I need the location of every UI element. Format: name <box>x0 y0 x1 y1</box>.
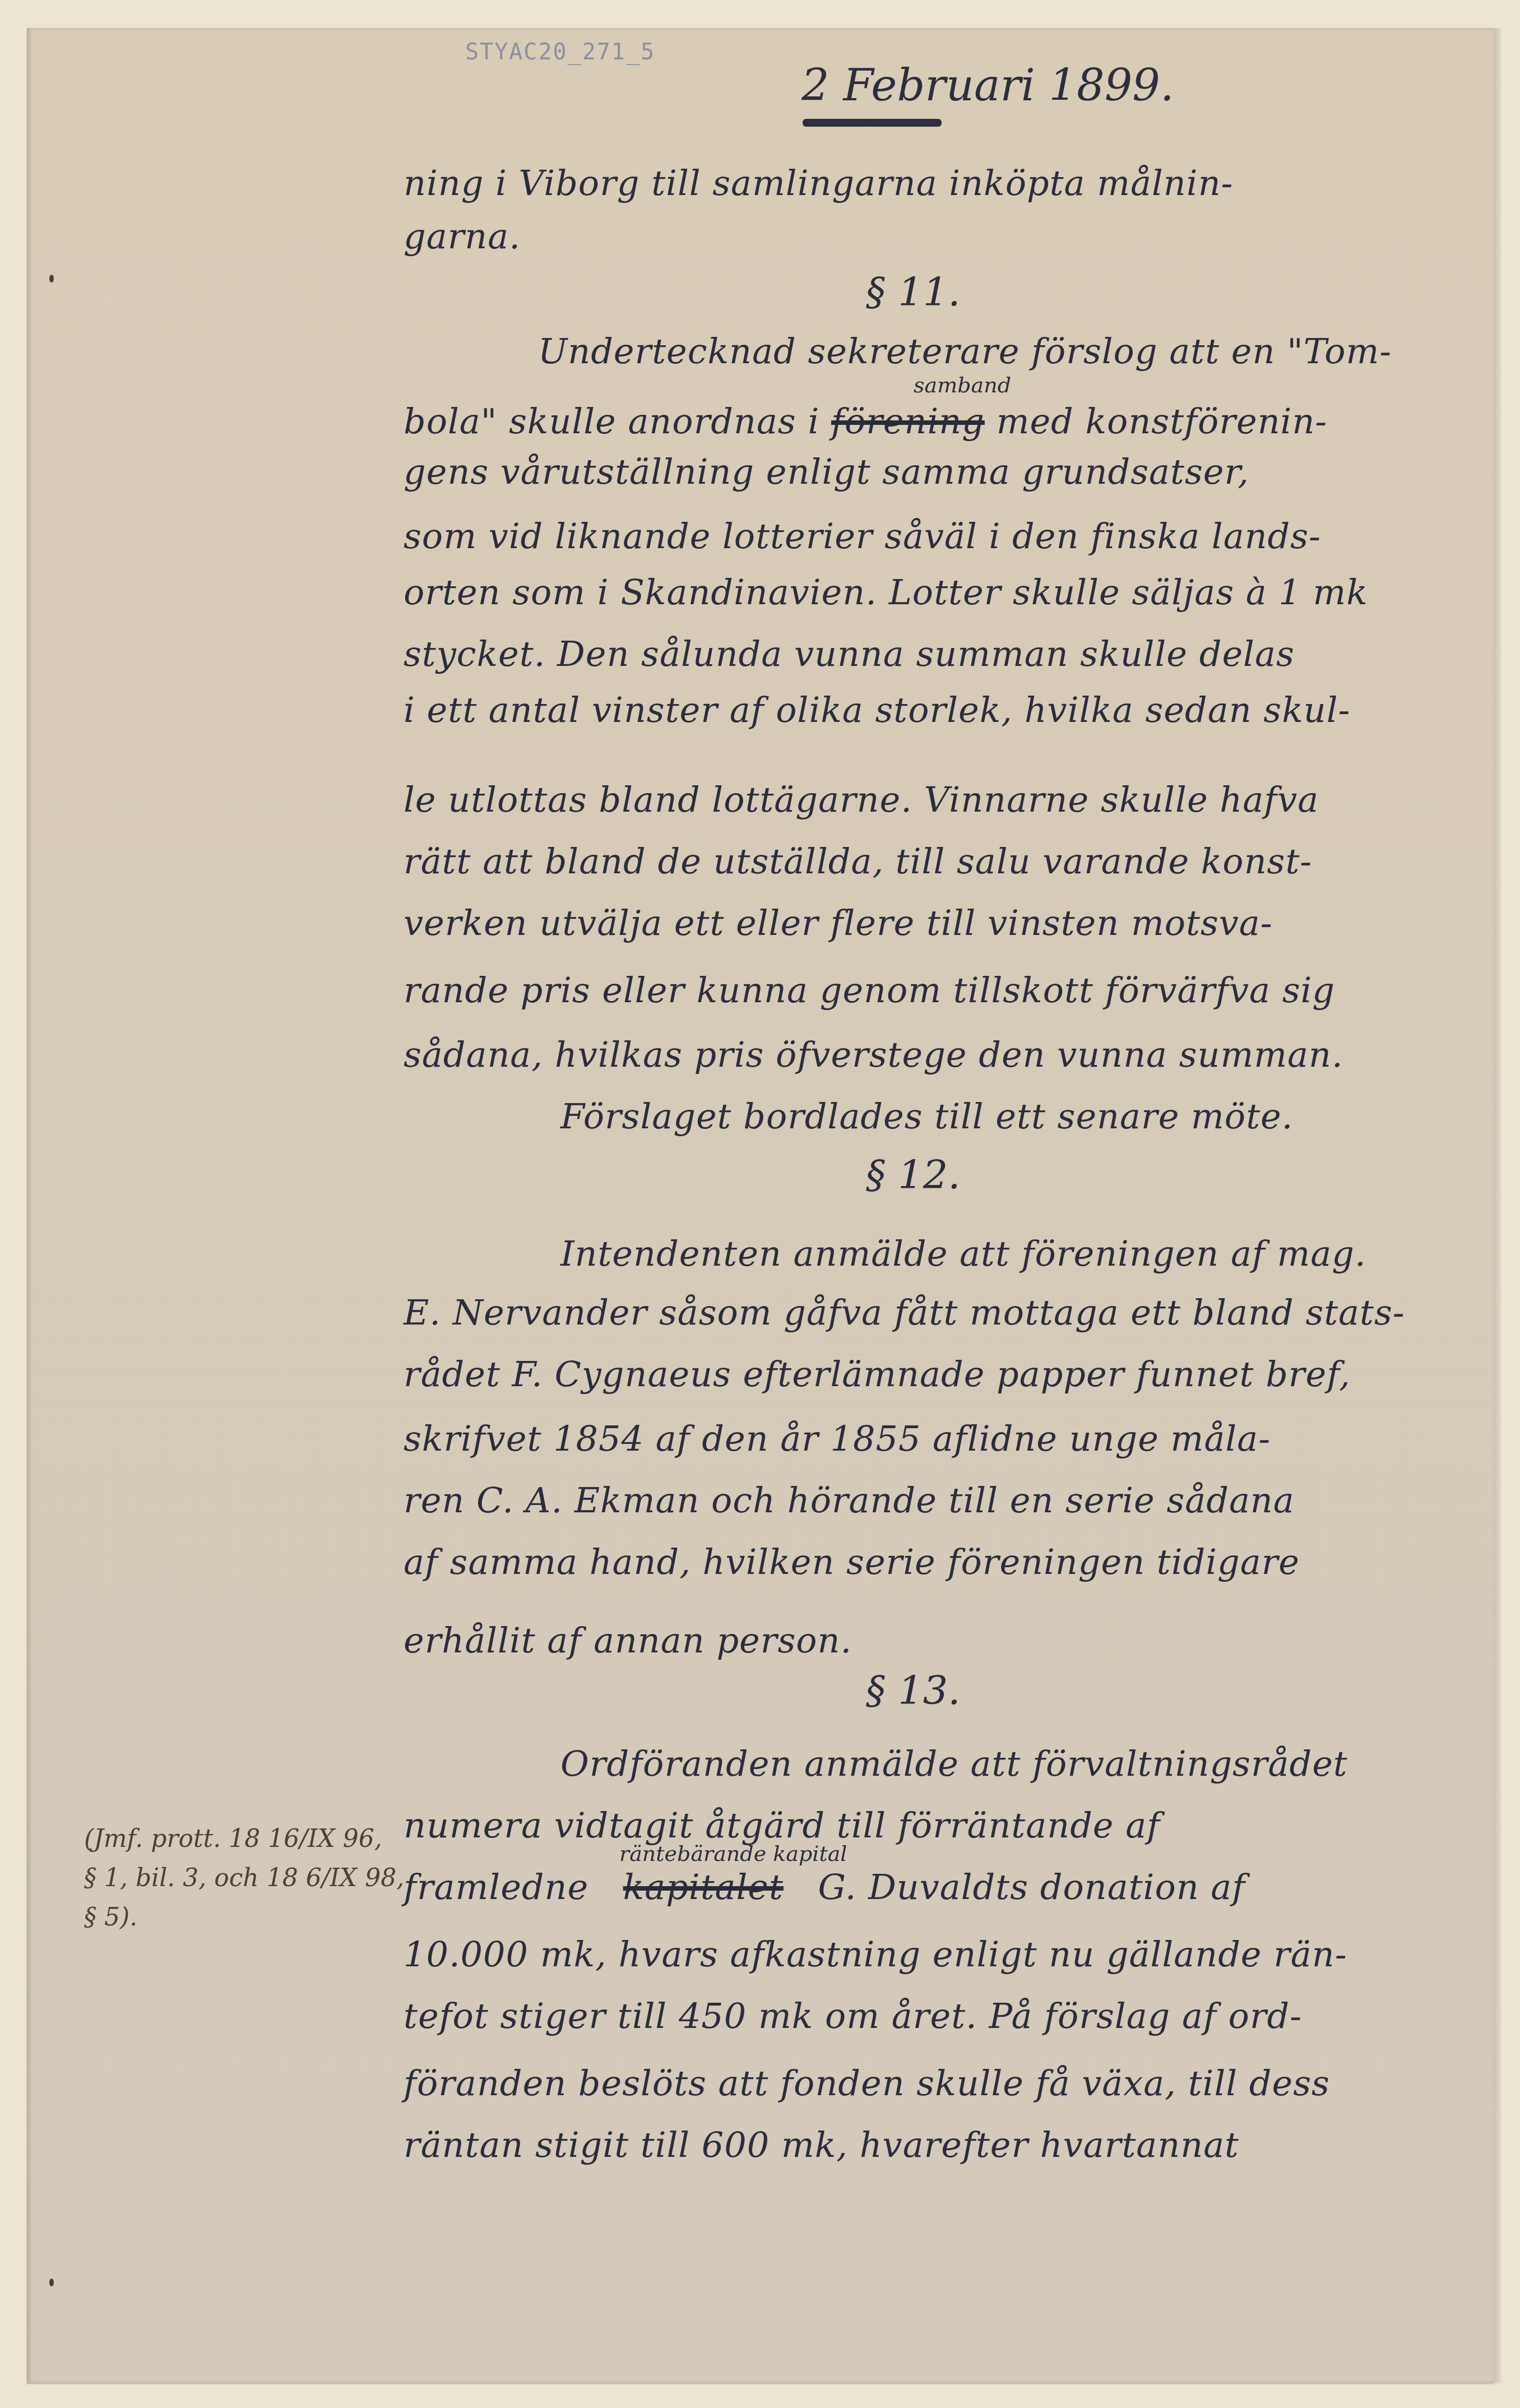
text-line: Förslaget bordlades till ett senare möte… <box>560 1096 1293 1137</box>
text-line: sådana, hvilkas pris öfverstege den vunn… <box>404 1034 1343 1075</box>
text-line: Undertecknad sekreterare förslog att en … <box>538 331 1392 372</box>
margin-note-line: § 1, bil. 3, och 18 6/IX 98, <box>84 1864 404 1892</box>
text-line: gens vårutställning enligt samma grundsa… <box>404 451 1249 492</box>
text-line: Ordföranden anmälde att förvaltningsråde… <box>560 1743 1348 1784</box>
section-mark-13: § 13. <box>866 1668 961 1714</box>
text-line: rande pris eller kunna genom tillskott f… <box>404 970 1335 1011</box>
text-line: framledne kapitalet G. Duvaldts donation… <box>404 1867 1245 1907</box>
date-underline <box>803 119 942 127</box>
text-line: orten som i Skandinavien. Lotter skulle … <box>404 572 1368 613</box>
text-segment: med konstförenin- <box>997 401 1328 442</box>
text-segment: bola" skulle anordnas i <box>404 401 819 442</box>
section-mark-11: § 11. <box>866 269 961 315</box>
date-heading: 2 Februari 1899. <box>801 61 1174 111</box>
struck-word: kapitalet <box>623 1867 784 1907</box>
text-line: som vid liknande lotterier såväl i den f… <box>404 516 1321 557</box>
text-segment: framledne <box>404 1867 588 1907</box>
text-line: Intendenten anmälde att föreningen af ma… <box>560 1233 1366 1274</box>
text-line: garna. <box>404 216 521 257</box>
punch-hole <box>49 2279 54 2286</box>
text-line: stycket. Den sålunda vunna summan skulle… <box>404 633 1295 674</box>
text-line: i ett antal vinster af olika storlek, hv… <box>404 689 1350 730</box>
text-line: räntan stigit till 600 mk, hvarefter hva… <box>404 2124 1239 2165</box>
margin-note-line: (Jmf. prott. 18 16/IX 96, <box>84 1824 382 1853</box>
text-line: bola" skulle anordnas i förening med kon… <box>404 401 1327 442</box>
text-line: tefot stiger till 450 mk om året. På för… <box>404 1995 1302 2036</box>
text-line: rätt att bland de utställda, till salu v… <box>404 841 1312 882</box>
text-line: 10.000 mk, hvars afkastning enligt nu gä… <box>404 1934 1347 1975</box>
text-segment: G. Duvaldts donation af <box>818 1867 1245 1907</box>
insertion-text: räntebärande kapital <box>619 1841 847 1866</box>
struck-word: förening <box>831 401 985 442</box>
text-line: af samma hand, hvilken serie föreningen … <box>404 1541 1300 1582</box>
margin-note-line: § 5). <box>84 1903 137 1932</box>
punch-hole <box>49 275 54 283</box>
text-line: le utlottas bland lottägarne. Vinnarne s… <box>404 779 1319 820</box>
text-line: verken utvälja ett eller flere till vins… <box>404 902 1273 943</box>
text-line: E. Nervander såsom gåfva fått mottaga et… <box>404 1292 1405 1333</box>
insertion-text: samband <box>914 373 1011 397</box>
text-line: rådet F. Cygnaeus efterlämnade papper fu… <box>404 1354 1351 1395</box>
text-line: ren C. A. Ekman och hörande till en seri… <box>404 1480 1295 1521</box>
text-line: ning i Viborg till samlingarna inköpta m… <box>404 163 1234 203</box>
page-edge-strip <box>1494 28 1502 2383</box>
text-line: numera vidtagit åtgärd till förräntande … <box>404 1805 1160 1846</box>
archive-id: STYAC20_271_5 <box>465 39 655 65</box>
text-line: erhållit af annan person. <box>404 1620 852 1661</box>
text-line: föranden beslöts att fonden skulle få vä… <box>404 2063 1330 2104</box>
text-line: skrifvet 1854 af den år 1855 aflidne ung… <box>404 1418 1271 1459</box>
section-mark-12: § 12. <box>866 1152 961 1198</box>
